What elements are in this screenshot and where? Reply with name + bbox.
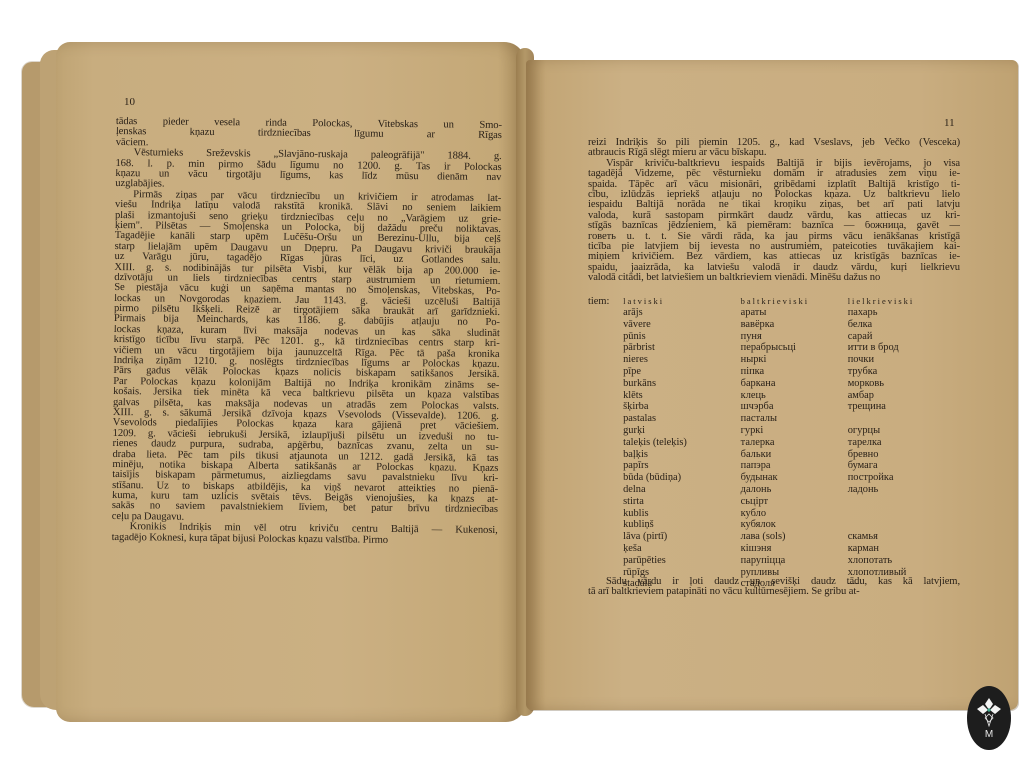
vocab-belarusian-cell: сьцірт — [741, 496, 848, 508]
vocab-row: kublisкубло — [588, 508, 960, 520]
vocabulary-table: tiem: latviski baltkrieviski lielkrievis… — [588, 296, 960, 590]
vocab-spacer — [588, 331, 623, 343]
vocab-belarusian-cell: пуня — [741, 331, 848, 343]
vocab-latvian-cell: pārbrist — [623, 342, 741, 354]
vocab-spacer — [588, 555, 623, 567]
vocab-header-russian: lielkrieviski — [848, 296, 960, 307]
vocab-russian-cell — [848, 508, 960, 520]
vocab-row: burkānsбарканаморковь — [588, 378, 960, 390]
vocab-russian-cell: морковь — [848, 378, 960, 390]
vocab-latvian-cell: stirta — [623, 496, 741, 508]
vocab-latvian-cell: klēts — [623, 390, 741, 402]
vocab-row: gurķiгуркіогурцы — [588, 425, 960, 437]
vocab-row: stirtaсьцірт — [588, 496, 960, 508]
vocab-belarusian-cell: клець — [741, 390, 848, 402]
vocab-row: pūnisпунясарай — [588, 331, 960, 343]
vocab-russian-cell: итти в брод — [848, 342, 960, 354]
vocab-row: baļķisбалькибревно — [588, 449, 960, 461]
vocab-belarusian-cell: пасталы — [741, 413, 848, 425]
vocab-belarusian-cell: баркана — [741, 378, 848, 390]
vocab-latvian-cell: parūpēties — [623, 555, 741, 567]
text-line: atbraucis Rīgā slēgt mieru ar vācu bīska… — [588, 148, 960, 158]
vocab-latvian-cell: papīrs — [623, 460, 741, 472]
vocab-row: parūpētiesпарупіццахлопотать — [588, 555, 960, 567]
text-line: Šādu vārdu ir ļoti daudz un sevišķi daud… — [588, 577, 960, 587]
vocab-latvian-cell: taleķis (teleķis) — [623, 437, 741, 449]
text-line: reizi Indriķis šo pili piemin 1205. g., … — [588, 138, 960, 148]
right-page-closing-text: Šādu vārdu ir ļoti daudz un sevišķi daud… — [588, 577, 960, 598]
vocab-belarusian-cell: перабрысьці — [741, 342, 848, 354]
vocab-spacer — [588, 508, 623, 520]
vocab-russian-cell: огурцы — [848, 425, 960, 437]
text-line: tagadējā Vidzeme, pēc vēsturnieku domām … — [588, 169, 960, 179]
vocab-header-belarusian: baltkrieviski — [741, 296, 848, 307]
text-line: ticība pie latvjiem bij ievesta no austr… — [588, 242, 960, 252]
vocab-row: lāva (pirtī)лава (sols)скамья — [588, 531, 960, 543]
vocab-russian-cell: трубка — [848, 366, 960, 378]
vocab-belarusian-cell: араты — [741, 307, 848, 319]
vocab-spacer — [588, 460, 623, 472]
vocab-belarusian-cell: бальки — [741, 449, 848, 461]
vocab-latvian-cell: šķirba — [623, 401, 741, 413]
vocab-belarusian-cell: гуркі — [741, 425, 848, 437]
left-page-body: tādas pieder vesela rinda Polockas, Vite… — [112, 117, 502, 547]
text-line: miņiem krivičiem. Bez vārdiem, kas attie… — [588, 252, 960, 262]
text-line: stīgās baznīcas jēdzieniem, kā piemēram:… — [588, 221, 960, 231]
vocab-russian-cell: тарелка — [848, 437, 960, 449]
svg-text:M: M — [985, 729, 993, 740]
vocab-russian-cell: трещина — [848, 401, 960, 413]
vocab-belarusian-cell: папэра — [741, 460, 848, 472]
watermark-logo: M — [967, 686, 1011, 750]
vocab-latvian-cell: kublis — [623, 508, 741, 520]
vocab-russian-cell: бумага — [848, 460, 960, 472]
vocab-spacer — [588, 519, 623, 531]
vocab-latvian-cell: gurķi — [623, 425, 741, 437]
vocab-spacer — [588, 342, 623, 354]
text-line: spaida. Tāpēc arī vācu misionāri, gribēd… — [588, 180, 960, 190]
vocab-russian-cell: амбар — [848, 390, 960, 402]
vocab-spacer — [588, 472, 623, 484]
vocab-row: pīpeпіпкатрубка — [588, 366, 960, 378]
vocab-russian-cell: пахарь — [848, 307, 960, 319]
vocabulary-rows: arājsаратыпахарьvāvereвавёркабелкаpūnisп… — [588, 307, 960, 590]
vocab-russian-cell — [848, 496, 960, 508]
vocab-belarusian-cell: кубло — [741, 508, 848, 520]
text-line: iespaidu Baltijā norāda ne tikai kroņiku… — [588, 200, 960, 210]
vocab-spacer — [588, 354, 623, 366]
vocab-row: ķešaкішэнякарман — [588, 543, 960, 555]
vocab-russian-cell: белка — [848, 319, 960, 331]
vocab-russian-cell: бревно — [848, 449, 960, 461]
vocab-spacer — [588, 401, 623, 413]
text-line: Vispār kriviču-baltkrievu iespaids Balti… — [588, 159, 960, 169]
vocab-row: šķirbaшчэрбатрещина — [588, 401, 960, 413]
vocab-spacer — [588, 378, 623, 390]
vocab-spacer — [588, 390, 623, 402]
vocab-russian-cell — [848, 519, 960, 531]
vocab-intro: tiem: — [588, 296, 623, 307]
vocab-row: papīrsпапэрабумага — [588, 460, 960, 472]
vocab-spacer — [588, 319, 623, 331]
text-line: говеть u. t. t. Šie vārdi rāda, ka jau p… — [588, 232, 960, 242]
vocab-spacer — [588, 496, 623, 508]
vocab-row: nieresныркіпочки — [588, 354, 960, 366]
vocab-latvian-cell: arājs — [623, 307, 741, 319]
text-line: cību, izlūdzās iepriekš atļauju no Poloc… — [588, 190, 960, 200]
vocab-belarusian-cell: будынак — [741, 472, 848, 484]
vocab-belarusian-cell: далонь — [741, 484, 848, 496]
vocab-spacer — [588, 307, 623, 319]
open-book: 10 tādas pieder vesela rinda Polockas, V… — [0, 0, 1028, 768]
vocab-spacer — [588, 425, 623, 437]
vocab-latvian-cell: pīpe — [623, 366, 741, 378]
ornament-logo-icon: M — [974, 696, 1004, 740]
vocab-row: kubliņšкубялок — [588, 519, 960, 531]
vocabulary-header-row: tiem: latviski baltkrieviski lielkrievis… — [588, 296, 960, 307]
vocab-row: būda (būdiņa)будынакпостройка — [588, 472, 960, 484]
vocab-spacer — [588, 484, 623, 496]
vocab-latvian-cell: pūnis — [623, 331, 741, 343]
vocab-spacer — [588, 437, 623, 449]
text-line: valoda, kurā sastopam pirmkārt daudz vār… — [588, 211, 960, 221]
vocab-row: arājsаратыпахарь — [588, 307, 960, 319]
vocab-russian-cell: ладонь — [848, 484, 960, 496]
vocab-latvian-cell: būda (būdiņa) — [623, 472, 741, 484]
vocab-spacer — [588, 366, 623, 378]
text-line: tā arī baltkrieviem patapināti no vācu k… — [588, 587, 960, 597]
vocab-latvian-cell: vāvere — [623, 319, 741, 331]
vocab-russian-cell: постройка — [848, 472, 960, 484]
text-line: spaidu, jaaizrāda, ka latviešu valodā ir… — [588, 263, 960, 273]
right-page-body: reizi Indriķis šo pili piemin 1205. g., … — [588, 138, 960, 284]
text-line: valodā citādi, bet latviešiem un baltkri… — [588, 273, 960, 283]
vocab-belarusian-cell: парупіцца — [741, 555, 848, 567]
vocab-spacer — [588, 543, 623, 555]
vocab-russian-cell: хлопотать — [848, 555, 960, 567]
vocab-latvian-cell: lāva (pirtī) — [623, 531, 741, 543]
vocab-row: taleķis (teleķis)талеркатарелка — [588, 437, 960, 449]
vocab-russian-cell: сарай — [848, 331, 960, 343]
vocab-row: delnaдалоньладонь — [588, 484, 960, 496]
vocab-latvian-cell: burkāns — [623, 378, 741, 390]
vocab-row: vāvereвавёркабелка — [588, 319, 960, 331]
vocab-belarusian-cell: піпка — [741, 366, 848, 378]
vocab-belarusian-cell: ныркі — [741, 354, 848, 366]
vocab-belarusian-cell: шчэрба — [741, 401, 848, 413]
vocab-spacer — [588, 531, 623, 543]
right-page-number: 11 — [944, 117, 955, 129]
vocab-russian-cell: скамья — [848, 531, 960, 543]
vocab-belarusian-cell: кішэня — [741, 543, 848, 555]
vocab-spacer — [588, 413, 623, 425]
vocab-header-latvian: latviski — [623, 296, 741, 307]
vocab-latvian-cell: nieres — [623, 354, 741, 366]
vocab-belarusian-cell: лава (sols) — [741, 531, 848, 543]
vocab-russian-cell: почки — [848, 354, 960, 366]
vocab-latvian-cell: baļķis — [623, 449, 741, 461]
left-page-number: 10 — [124, 96, 135, 108]
vocab-latvian-cell: ķeša — [623, 543, 741, 555]
vocab-belarusian-cell: кубялок — [741, 519, 848, 531]
vocab-row: pārbristперабрысьціитти в брод — [588, 342, 960, 354]
vocab-row: klētsклецьамбар — [588, 390, 960, 402]
vocab-russian-cell: карман — [848, 543, 960, 555]
vocab-row: pastalasпасталы — [588, 413, 960, 425]
vocab-belarusian-cell: талерка — [741, 437, 848, 449]
vocab-russian-cell — [848, 413, 960, 425]
vocab-latvian-cell: kubliņš — [623, 519, 741, 531]
vocab-belarusian-cell: вавёрка — [741, 319, 848, 331]
vocab-latvian-cell: delna — [623, 484, 741, 496]
vocab-latvian-cell: pastalas — [623, 413, 741, 425]
vocab-spacer — [588, 449, 623, 461]
